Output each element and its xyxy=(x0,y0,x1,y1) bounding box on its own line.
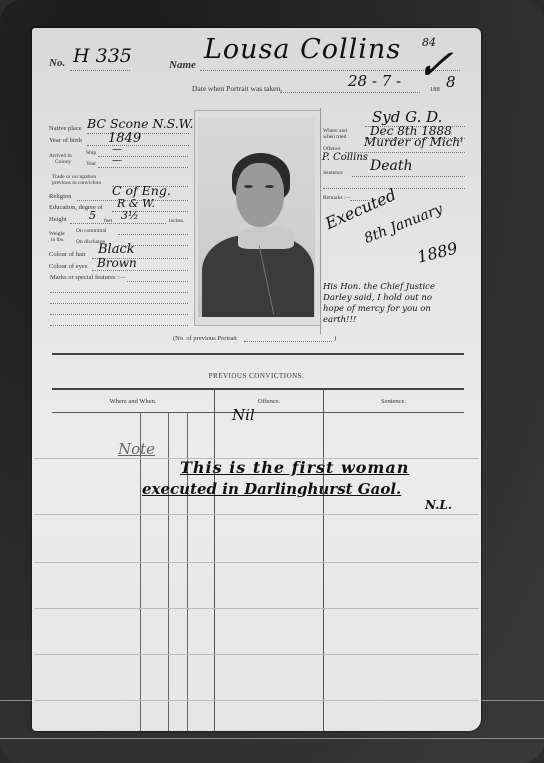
scan-background: No. H 335 Name Lousa Collins 84 ✓ Date w… xyxy=(0,0,544,763)
offence-value-2: P. Collins xyxy=(322,152,368,163)
sentence-label: Sentence xyxy=(323,170,343,176)
on-committal-label: On committal xyxy=(76,228,106,234)
religion-value: C of Eng. xyxy=(112,183,171,198)
ship-label: Ship xyxy=(86,150,96,156)
sentence-value: Death xyxy=(370,158,413,174)
remarks-label: Remarks :— xyxy=(323,195,351,201)
column-divider xyxy=(214,388,215,731)
where-tried-label: Where and when tried xyxy=(323,128,347,140)
note-line-1: This is the first woman xyxy=(180,458,409,477)
portrait-date-line xyxy=(280,92,420,93)
portrait-date-label: Date when Portrait was taken, xyxy=(192,84,282,93)
number-value: H 335 xyxy=(73,45,132,67)
eyes-line xyxy=(92,270,188,271)
column-divider xyxy=(140,412,141,731)
note-label: Note xyxy=(118,440,155,458)
sentence-line-2 xyxy=(323,188,465,189)
film-edge-line xyxy=(0,738,544,739)
name-label: Name xyxy=(169,59,196,71)
ruled-line xyxy=(34,700,479,701)
offence-nil-value: Nil xyxy=(232,406,255,424)
remarks-quote: His Hon. the Chief Justice Darley said, … xyxy=(323,282,478,326)
photo-eye-left xyxy=(244,185,253,188)
previous-portrait-close: ) xyxy=(334,335,336,342)
right-column-border xyxy=(320,108,321,334)
eyes-value: Brown xyxy=(97,256,137,270)
number-line xyxy=(70,70,130,71)
portrait-year-prefix: 188 xyxy=(430,86,440,93)
eyes-label: Colour of eyes xyxy=(49,264,87,271)
ruled-line xyxy=(34,514,479,515)
hair-label: Colour of hair xyxy=(49,252,86,259)
column-header-sentence: Sentence. xyxy=(323,398,464,405)
remarks-quote-line4: earth!!! xyxy=(323,315,478,326)
height-inches-value: 3½ xyxy=(121,209,139,222)
column-header-offence: Offence. xyxy=(215,398,323,405)
number-label: No. xyxy=(49,57,65,69)
trade-label-line2: previous to conviction xyxy=(52,180,101,186)
height-label: Height xyxy=(49,217,67,224)
ship-value: — xyxy=(112,144,122,155)
religion-label: Religion xyxy=(49,194,71,201)
note-initials: N.L. xyxy=(425,498,452,512)
year-label: Year xyxy=(86,161,96,167)
photo-face xyxy=(236,163,284,227)
prison-record-card: No. H 335 Name Lousa Collins 84 ✓ Date w… xyxy=(32,28,481,731)
on-committal-line xyxy=(118,234,188,235)
previous-convictions-title: PREVIOUS CONVICTIONS. xyxy=(32,372,481,380)
column-header-where: Where and When. xyxy=(52,398,214,405)
height-feet-value: 5 xyxy=(89,209,96,222)
trade-label: Trade or occupation previous to convicti… xyxy=(52,174,101,186)
remarks-quote-line2: Darley said, I hold out no xyxy=(323,293,478,304)
year-line xyxy=(98,167,188,168)
convictions-top-rule xyxy=(52,388,464,390)
previous-portrait-label: (No. of previous Portrait xyxy=(173,335,237,342)
section-divider xyxy=(52,353,464,355)
portrait-photo-frame xyxy=(194,110,321,326)
photo-eye-right xyxy=(265,185,274,188)
marks-label: Marks or special features :— xyxy=(50,275,125,282)
marks-line-3 xyxy=(50,303,188,304)
year-value: — xyxy=(112,155,122,166)
offence-line xyxy=(345,152,465,153)
remarks-quote-line3: hope of mercy for you on xyxy=(323,304,478,315)
previous-portrait-line xyxy=(244,341,332,342)
height-inches-label: inches. xyxy=(169,218,184,224)
weight-label-line2: in lbs. xyxy=(49,237,65,243)
height-line xyxy=(70,223,166,224)
native-place-label: Native place xyxy=(49,126,82,133)
arrived-label: Arrived in Colony xyxy=(49,153,72,165)
where-tried-label-line2: when tried xyxy=(323,134,347,140)
marks-line-2 xyxy=(50,292,188,293)
portrait-year-suffix: 8 xyxy=(446,73,456,91)
native-place-value: BC Scone N.S.W. xyxy=(87,116,193,131)
photo-collar xyxy=(238,227,294,249)
marks-line-5 xyxy=(50,325,188,326)
convictions-header-rule xyxy=(52,412,464,413)
remarks-executed-year: 1889 xyxy=(415,238,459,266)
marks-line-4 xyxy=(50,314,188,315)
column-divider xyxy=(323,388,324,731)
ruled-line xyxy=(34,654,479,655)
column-divider xyxy=(168,412,169,731)
weight-label: Weight in lbs. xyxy=(49,231,65,243)
arrived-label-line2: Colony xyxy=(49,159,72,165)
portrait-date-value: 28 - 7 - xyxy=(348,72,401,90)
ruled-line xyxy=(34,562,479,563)
hair-value: Black xyxy=(98,242,135,257)
year-of-birth-line xyxy=(87,145,189,146)
ruled-line xyxy=(34,608,479,609)
marks-line-1 xyxy=(127,281,188,282)
note-line-2: executed in Darlinghurst Gaol. xyxy=(142,480,401,498)
name-value: Lousa Collins xyxy=(204,34,401,65)
sentence-line xyxy=(352,176,465,177)
portrait-photo xyxy=(198,117,315,317)
remarks-quote-line1: His Hon. the Chief Justice xyxy=(323,282,478,293)
year-of-birth-label: Year of birth xyxy=(49,138,82,145)
offence-value: Murder of Michˡ xyxy=(364,135,463,149)
